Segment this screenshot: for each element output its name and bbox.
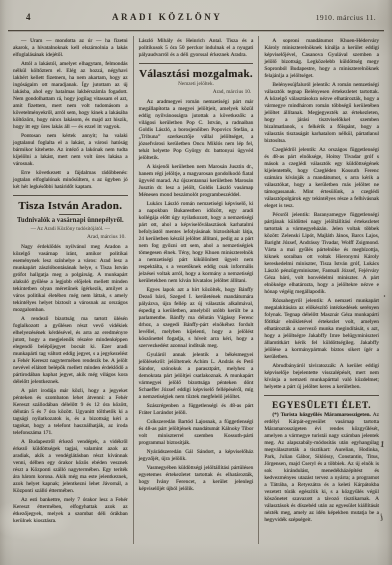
article-divider bbox=[139, 63, 254, 64]
paragraph: Csíkszeredán Bartód Lajosnak, a függetle… bbox=[139, 419, 254, 447]
paragraph: Gyuláról annak jelentik a békésmegyei je… bbox=[139, 352, 254, 401]
article-subhead: Tudnivalók a vasárnapi ünnepélyről. bbox=[13, 217, 128, 225]
header-rule bbox=[8, 30, 384, 31]
paragraph: Attól a lakástól, amelyet elhagytam, fel… bbox=[13, 61, 128, 131]
ink-mark: 1 bbox=[379, 440, 384, 449]
paragraph: Rózsahegyről jelentik: A nemzeti munkapá… bbox=[264, 298, 379, 361]
article-subhead: Nemzeti jelöltek. bbox=[139, 81, 254, 88]
paragraph: Pontosan nem kértek annyit; ha valaki jo… bbox=[13, 133, 128, 168]
paragraph: A soproni mandátumot Khuen-Héderváry Kár… bbox=[264, 38, 379, 80]
article-dateline: Arad, március 10. bbox=[139, 89, 252, 96]
item-lead: (*) Turista közgyűlés Máramarosszigeten. bbox=[272, 412, 371, 418]
column-left: — Uram — mondotta az úr — ha fizetni aka… bbox=[8, 36, 133, 544]
article-byline: — Az Aradi Közlöny tudósítójától. — bbox=[13, 226, 128, 233]
item-body: Az erdélyi Kárpát-egyesület vasárnap tar… bbox=[264, 412, 379, 523]
paragraph: Pécsről jelentik: Baranyamegye független… bbox=[264, 212, 379, 296]
headline-ornament bbox=[59, 214, 81, 215]
issue-date: 1910. március 11. bbox=[316, 13, 380, 22]
newspaper-page: 4 ARADI KÖZLÖNY 1910. március 11. — Uram… bbox=[0, 0, 392, 565]
article-divider bbox=[264, 395, 379, 396]
ink-mark: · bbox=[382, 292, 386, 301]
paragraph: Nagy érdeklődés nyilvánul meg Aradon a k… bbox=[13, 244, 128, 314]
article-headline-valasztasi: Választási mozgalmak. bbox=[139, 68, 254, 80]
paragraph: Belényesújfaluról jelentik: A román nemz… bbox=[264, 82, 379, 145]
article-divider bbox=[13, 195, 128, 196]
column-middle: László Mihály és Heinrich Antal. Tisza é… bbox=[133, 36, 259, 544]
paragraph: A kisjenői kerületben nem Marosán Juszti… bbox=[139, 164, 254, 199]
paragraph: Abrudbányáról táviratozzák: A kerület ed… bbox=[264, 363, 379, 391]
paragraph: László Mihály és Heinrich Antal. Tisza é… bbox=[139, 38, 254, 59]
paragraph: Az aradmegyei román nemzetiségi párt már… bbox=[139, 99, 254, 162]
page-header: 4 ARADI KÖZLÖNY 1910. március 11. bbox=[14, 12, 380, 22]
page-number: 4 bbox=[14, 12, 31, 22]
paragraph: Erre következett a fájdalmas rádöbbenés:… bbox=[13, 170, 128, 191]
text-columns: — Uram — mondotta az úr — ha fizetni aka… bbox=[8, 36, 384, 544]
paragraph: Szászrégenben a függetlenségi és 48-as p… bbox=[139, 403, 254, 417]
article-dateline: Arad, március 10. bbox=[13, 234, 126, 241]
paragraph: Egyes lapok azt a hírt közölték, hogy Bá… bbox=[139, 287, 254, 350]
paragraph: A párt irodája már közli, hogy a jegyeke… bbox=[13, 388, 128, 437]
paragraph: A Budapestről érkező vendégek, a vidékrő… bbox=[13, 439, 128, 495]
column-right: A soproni mandátumot Khuen-Héderváry Kár… bbox=[258, 36, 384, 544]
paragraph: Az esti bankettre, mely 7 órakor lesz a … bbox=[13, 497, 128, 525]
paragraph: Vasmegyében küldöttségi jelöltállítási p… bbox=[139, 465, 254, 493]
article-headline-tisza: Tisza István Aradon. bbox=[13, 200, 128, 212]
paragraph: Czeglédről jelentik: Az országos függetl… bbox=[264, 147, 379, 210]
paragraph: Lukács László román nemzetiségi képvisel… bbox=[139, 201, 254, 285]
masthead-title: ARADI KÖZLÖNY bbox=[112, 12, 222, 22]
paragraph: (*) Turista közgyűlés Máramarosszigeten.… bbox=[264, 412, 379, 524]
section-headline-egyesuleti: EGYESÜLETI ÉLET. bbox=[264, 400, 379, 410]
paragraph: A rendező bizottság ma tartott ülésén fo… bbox=[13, 316, 128, 386]
paragraph: — Uram — mondotta az úr — ha fizetni aka… bbox=[13, 38, 128, 59]
paragraph: Nyárádszeredán Gál Sándort, a képviselőh… bbox=[139, 449, 254, 463]
